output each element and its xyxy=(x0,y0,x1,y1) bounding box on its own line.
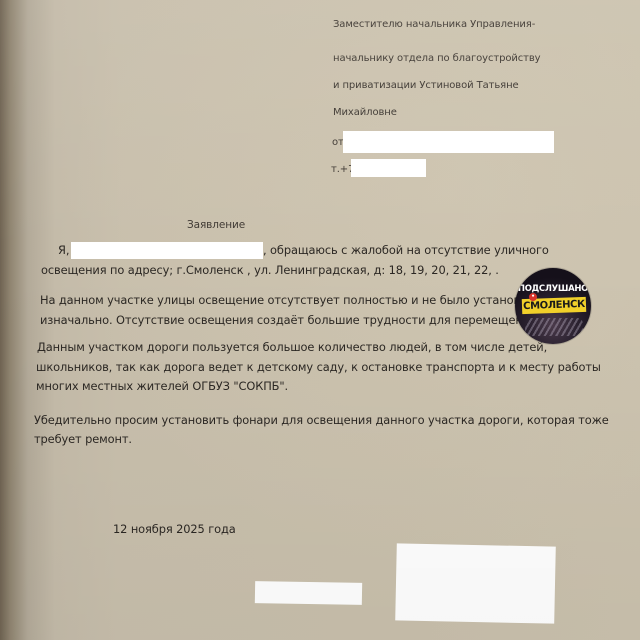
document-date: 12 ноября 2025 года xyxy=(113,522,236,536)
paragraph-1-line-1: , обращаюсь с жалобой на отсутствие улич… xyxy=(263,243,549,257)
paragraph-3-line-1: Данным участком дороги пользуется большо… xyxy=(37,340,547,354)
logo-illustration xyxy=(525,318,583,336)
redacted-signature-name xyxy=(395,543,556,623)
document-page: Заместителю начальника Управления- начал… xyxy=(0,0,640,640)
redacted-applicant-name xyxy=(71,242,263,259)
recipient-line-1: Заместителю начальника Управления- xyxy=(333,19,535,30)
redacted-signature xyxy=(255,581,362,605)
podslushano-smolensk-logo: ПОДСЛУШАНО СМОЛЕНСК • xyxy=(515,268,591,344)
paragraph-2-line-1: На данном участке улицы освещение отсутс… xyxy=(40,293,548,307)
paragraph-4-line-2: требует ремонт. xyxy=(34,432,132,446)
redacted-phone xyxy=(351,159,426,177)
logo-top-text: ПОДСЛУШАНО xyxy=(515,284,591,294)
redacted-sender-name xyxy=(343,131,554,153)
recipient-line-3: и приватизации Устиновой Татьяне xyxy=(333,80,519,91)
document-title: Заявление xyxy=(187,219,245,231)
paragraph-2-line-2: изначально. Отсутствие освещения создаёт… xyxy=(40,313,540,327)
paragraph-1-line-2: освещения по адресу; г.Смоленск , ул. Ле… xyxy=(41,263,499,277)
applicant-prefix: Я, xyxy=(58,243,69,257)
sender-from-label: от xyxy=(332,137,344,148)
paragraph-4-line-1: Убедительно просим установить фонари для… xyxy=(34,413,609,427)
location-pin-icon: • xyxy=(529,293,537,301)
paragraph-3-line-3: многих местных жителей ОГБУЗ "СОКПБ". xyxy=(36,379,288,393)
recipient-line-2: начальнику отдела по благоустройству xyxy=(333,53,541,64)
paragraph-3-line-2: школьников, так как дорога ведет к детск… xyxy=(36,360,601,374)
recipient-line-4: Михайловне xyxy=(333,107,397,118)
